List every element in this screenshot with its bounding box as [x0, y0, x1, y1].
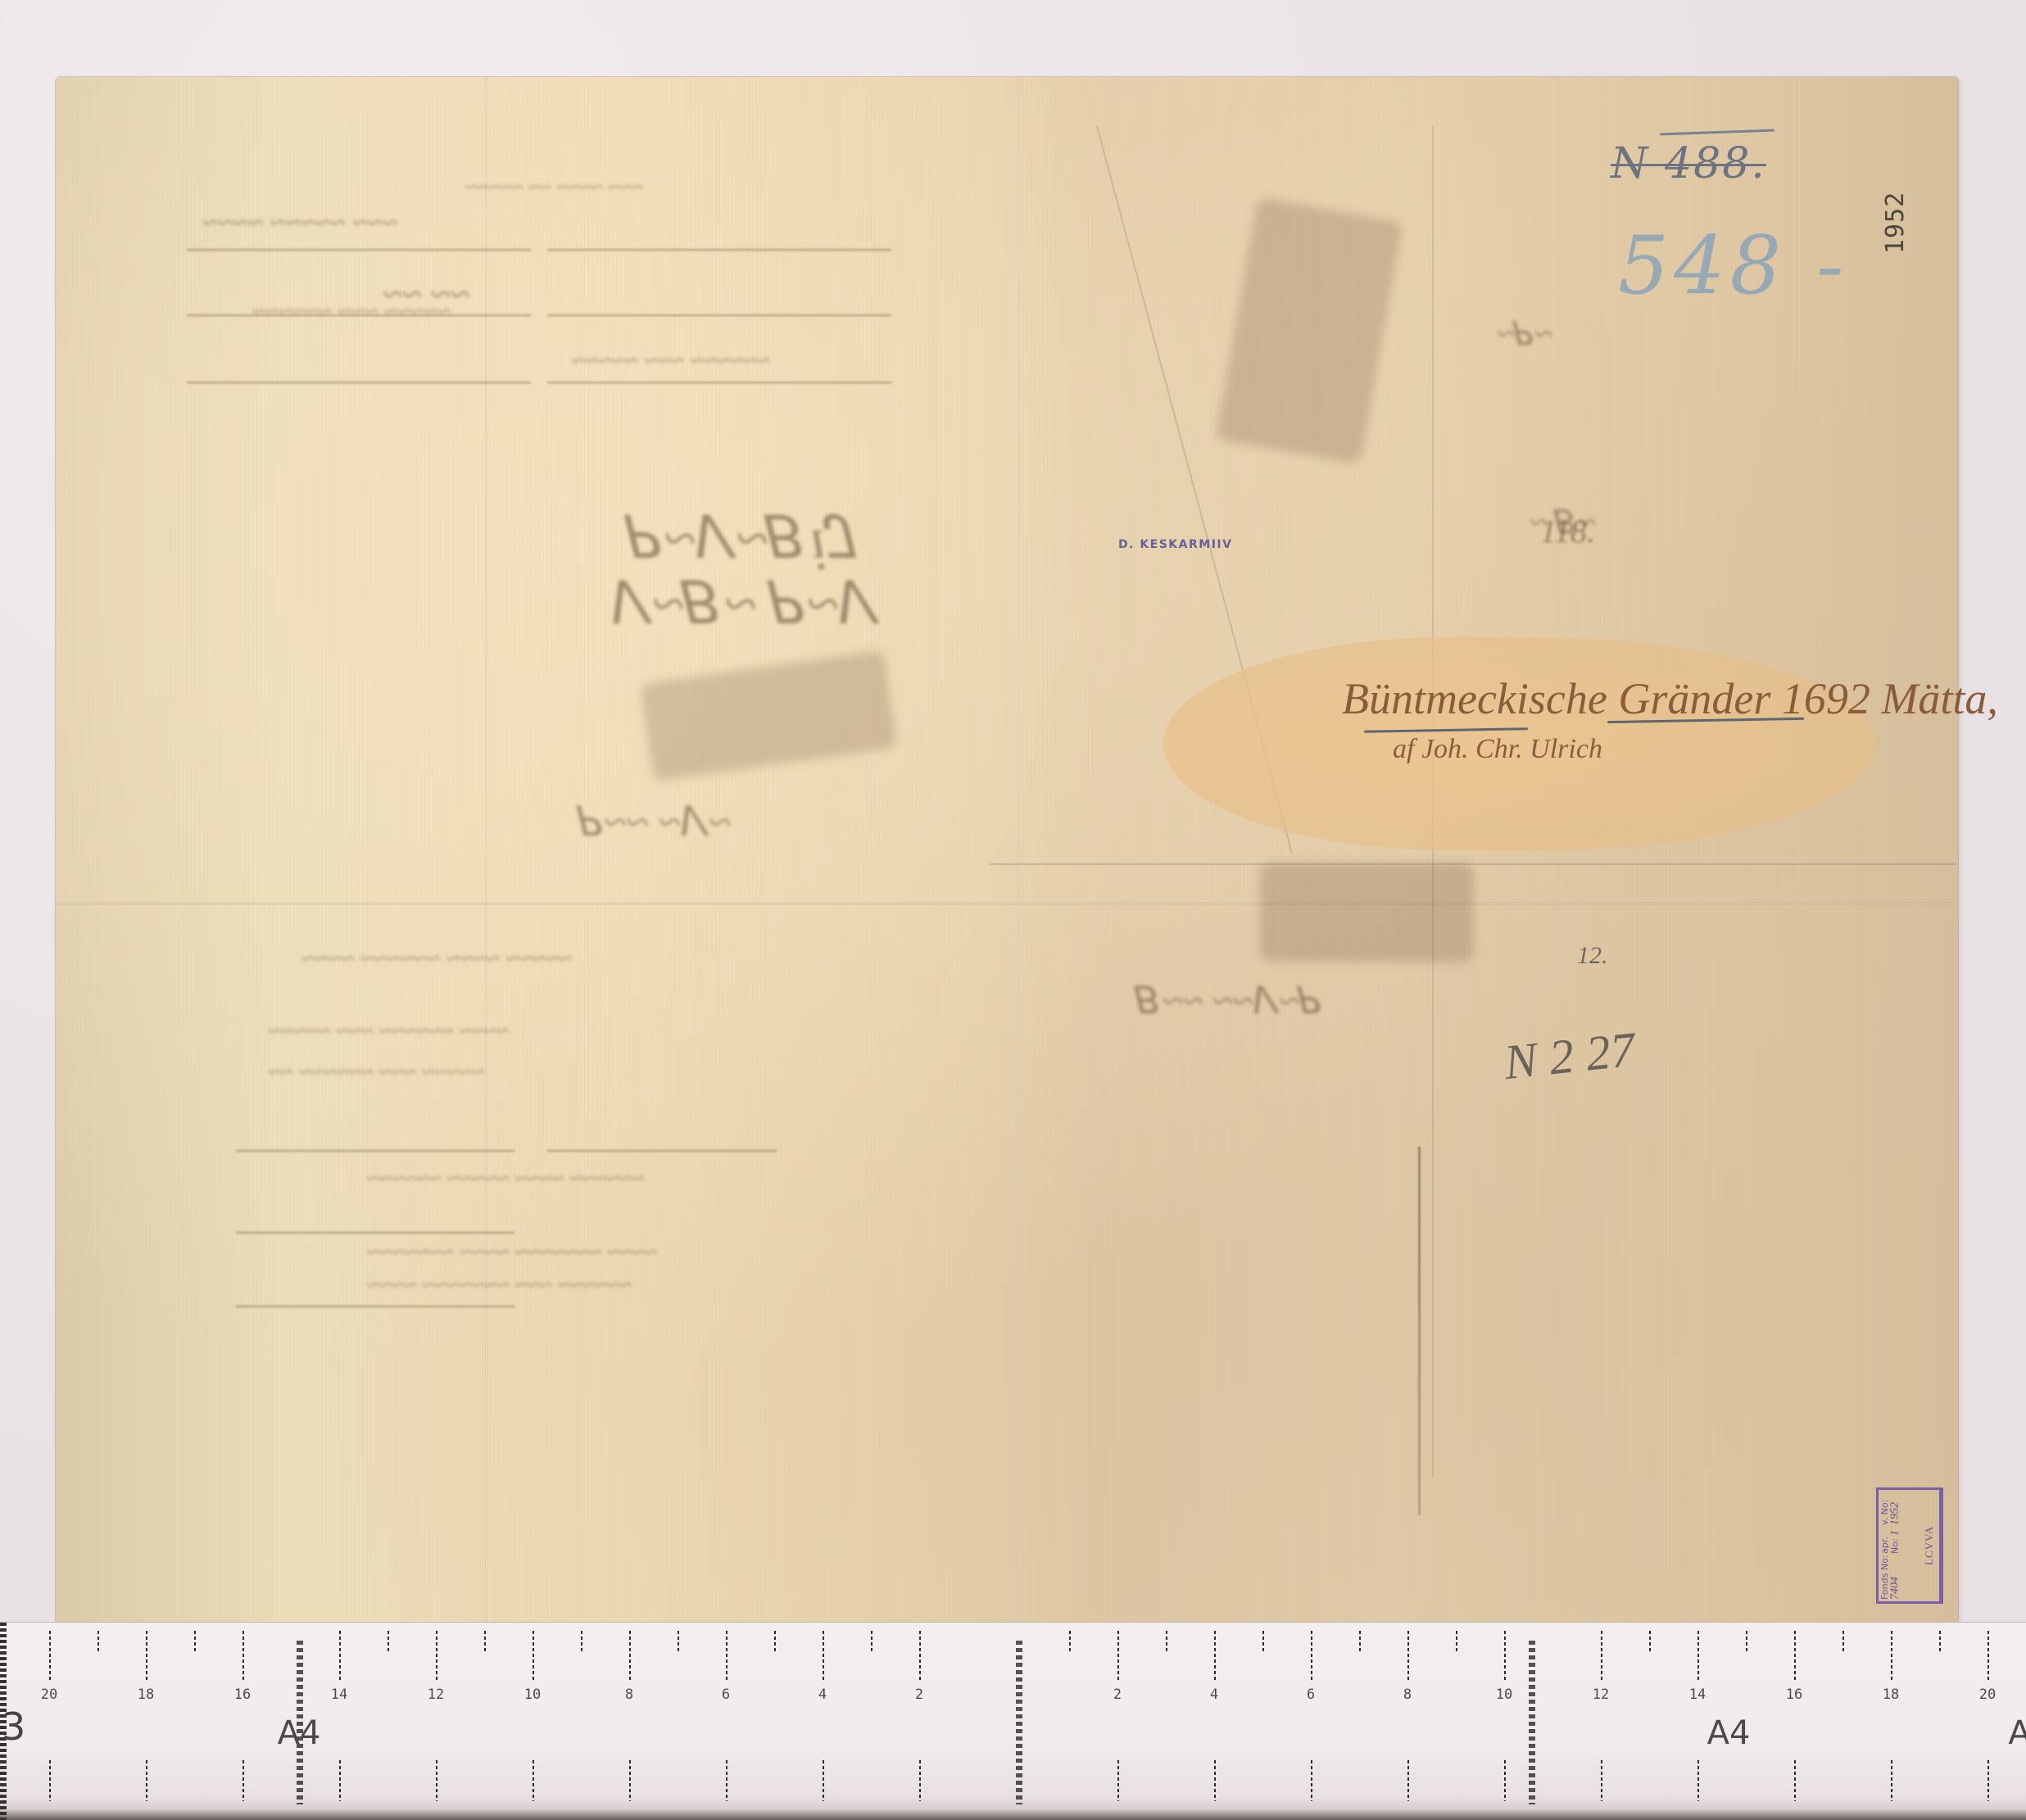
ruler-format-label: A4	[1707, 1714, 1751, 1752]
pencil-annotation: 12.	[1577, 942, 1608, 970]
bleed-map-sketch	[640, 650, 897, 782]
ruler-label: 16	[234, 1686, 251, 1703]
bleed-text: ~~~ ~~~~ ~~ ~~~~~	[465, 175, 642, 200]
ruler-label: 6	[722, 1686, 730, 1703]
bleed-map-sketch	[1260, 863, 1473, 962]
archive-stamp-v: v. No: 1952	[1880, 1492, 1921, 1525]
archive-stamp-apr: apr. No: 1	[1880, 1525, 1921, 1554]
bleed-text: ~~~~~ ~~~ ~~~~~~ ~~	[269, 1060, 484, 1086]
bleed-text: ~ꓒ~	[1498, 315, 1552, 353]
bleed-text: ~~~~~~ ~~~~ ~~~~~ ~~~~~~	[367, 1166, 645, 1193]
bleed-heading: Ꮭᴉꓭ~ꓥ~ꓒ	[629, 503, 859, 573]
fold-line-vertical-center	[1018, 77, 1020, 1622]
archive-stamp: LCVVA Fonds No: 7404 apr. No: 1 v. No: 1…	[1876, 1487, 1943, 1604]
bleed-rule	[547, 315, 891, 316]
ruler-label: 20	[1979, 1686, 1996, 1703]
ruler-label: 18	[138, 1686, 154, 1703]
bleed-text: ~~~~~~ ~~~ ~~~~~	[572, 347, 770, 375]
owner-stamp: D. KESKARMIIV	[1118, 538, 1232, 551]
bleed-rule	[236, 1150, 514, 1152]
ruler-label: 10	[1496, 1686, 1512, 1703]
measuring-ruler: 3 20 18 16 14 12 10 8 6 4 2 2 4 6 8 10	[0, 1622, 2026, 1820]
ruler-label: 14	[331, 1686, 347, 1703]
bleed-rule	[187, 382, 531, 383]
ruler-label: 12	[428, 1686, 444, 1703]
ruler-a4-mark	[1529, 1641, 1535, 1804]
ruler-label: 10	[524, 1686, 541, 1703]
rotated-sheet-number: 1952	[1881, 192, 1910, 254]
ruler-label: 14	[1689, 1686, 1706, 1703]
bleed-text: ~~~~ ~~~~~~~ ~~~~ ~~~~~~~	[367, 1240, 657, 1266]
ruler-label: 8	[625, 1686, 633, 1703]
bleed-rule	[547, 1150, 777, 1152]
fold-line-vertical-left	[485, 77, 487, 1622]
archive-stamp-fonds: Fonds No: 7404	[1880, 1554, 1921, 1600]
ruler-label: 20	[41, 1686, 57, 1703]
bleed-heading: ꓥ~ꓒ ~ꓭ~ꓥ	[613, 568, 880, 638]
ruler-label: 4	[1210, 1686, 1218, 1703]
bleed-text: ~~~~~ ~~~~ ~~~~~~ ~~~~	[301, 945, 573, 973]
ruler-label: 2	[1113, 1686, 1122, 1703]
archive-stamp-fields: Fonds No: 7404 apr. No: 1 v. No: 1952	[1879, 1490, 1923, 1601]
bleed-text: ~~~~~~ ~~~ ~~~~~~~ ~~~~	[367, 1273, 632, 1299]
archive-stamp-institution: LCVVA	[1923, 1490, 1941, 1601]
bleed-text: ~~ ~~	[383, 274, 470, 315]
bleed-text: ~~~ ~~~~~ ~~~~	[203, 208, 398, 239]
ruler-label: 6	[1307, 1686, 1315, 1703]
ruler-edge-label: 3	[2, 1705, 25, 1749]
ruler-label: 4	[818, 1686, 827, 1703]
bleed-rule	[547, 382, 891, 383]
ruler-label: 18	[1883, 1686, 1899, 1703]
bleed-heading: ~ꓥ~ ~~ꓒ	[580, 798, 732, 845]
pencil-line-horizontal	[990, 863, 1956, 865]
ruler-format-label: A	[2008, 1714, 2026, 1752]
ruler-format-label: A4	[278, 1714, 321, 1752]
bleed-heading: ꓒ~ꓥ~~ ~~ꓭ	[1137, 978, 1323, 1022]
label-title: Büntmeckische Gränder 1692 Mätta,	[1342, 673, 1998, 724]
ink-vertical-stroke	[1418, 1147, 1421, 1515]
bleed-rule	[236, 1306, 514, 1307]
ruler-label: 8	[1403, 1686, 1412, 1703]
ruler-label: 12	[1593, 1686, 1609, 1703]
label-author: af Joh. Chr. Ulrich	[1393, 734, 1602, 765]
bleed-rule	[236, 1232, 514, 1234]
bleed-rule	[187, 249, 531, 251]
fold-line-horizontal	[56, 903, 1958, 905]
ruler-label: 16	[1786, 1686, 1802, 1703]
bleed-rule	[547, 249, 891, 251]
ruler-center-mark	[1016, 1641, 1022, 1804]
bleed-map-sketch	[1215, 197, 1403, 465]
catalog-number: 548 -	[1618, 220, 1848, 313]
bleed-text: ~~~~ ~~~~~~ ~~~ ~~~~~	[269, 1019, 510, 1045]
faint-number: 118.	[1540, 512, 1595, 550]
ruler-label: 2	[915, 1686, 923, 1703]
old-catalog-number: N 488.	[1611, 139, 1766, 188]
